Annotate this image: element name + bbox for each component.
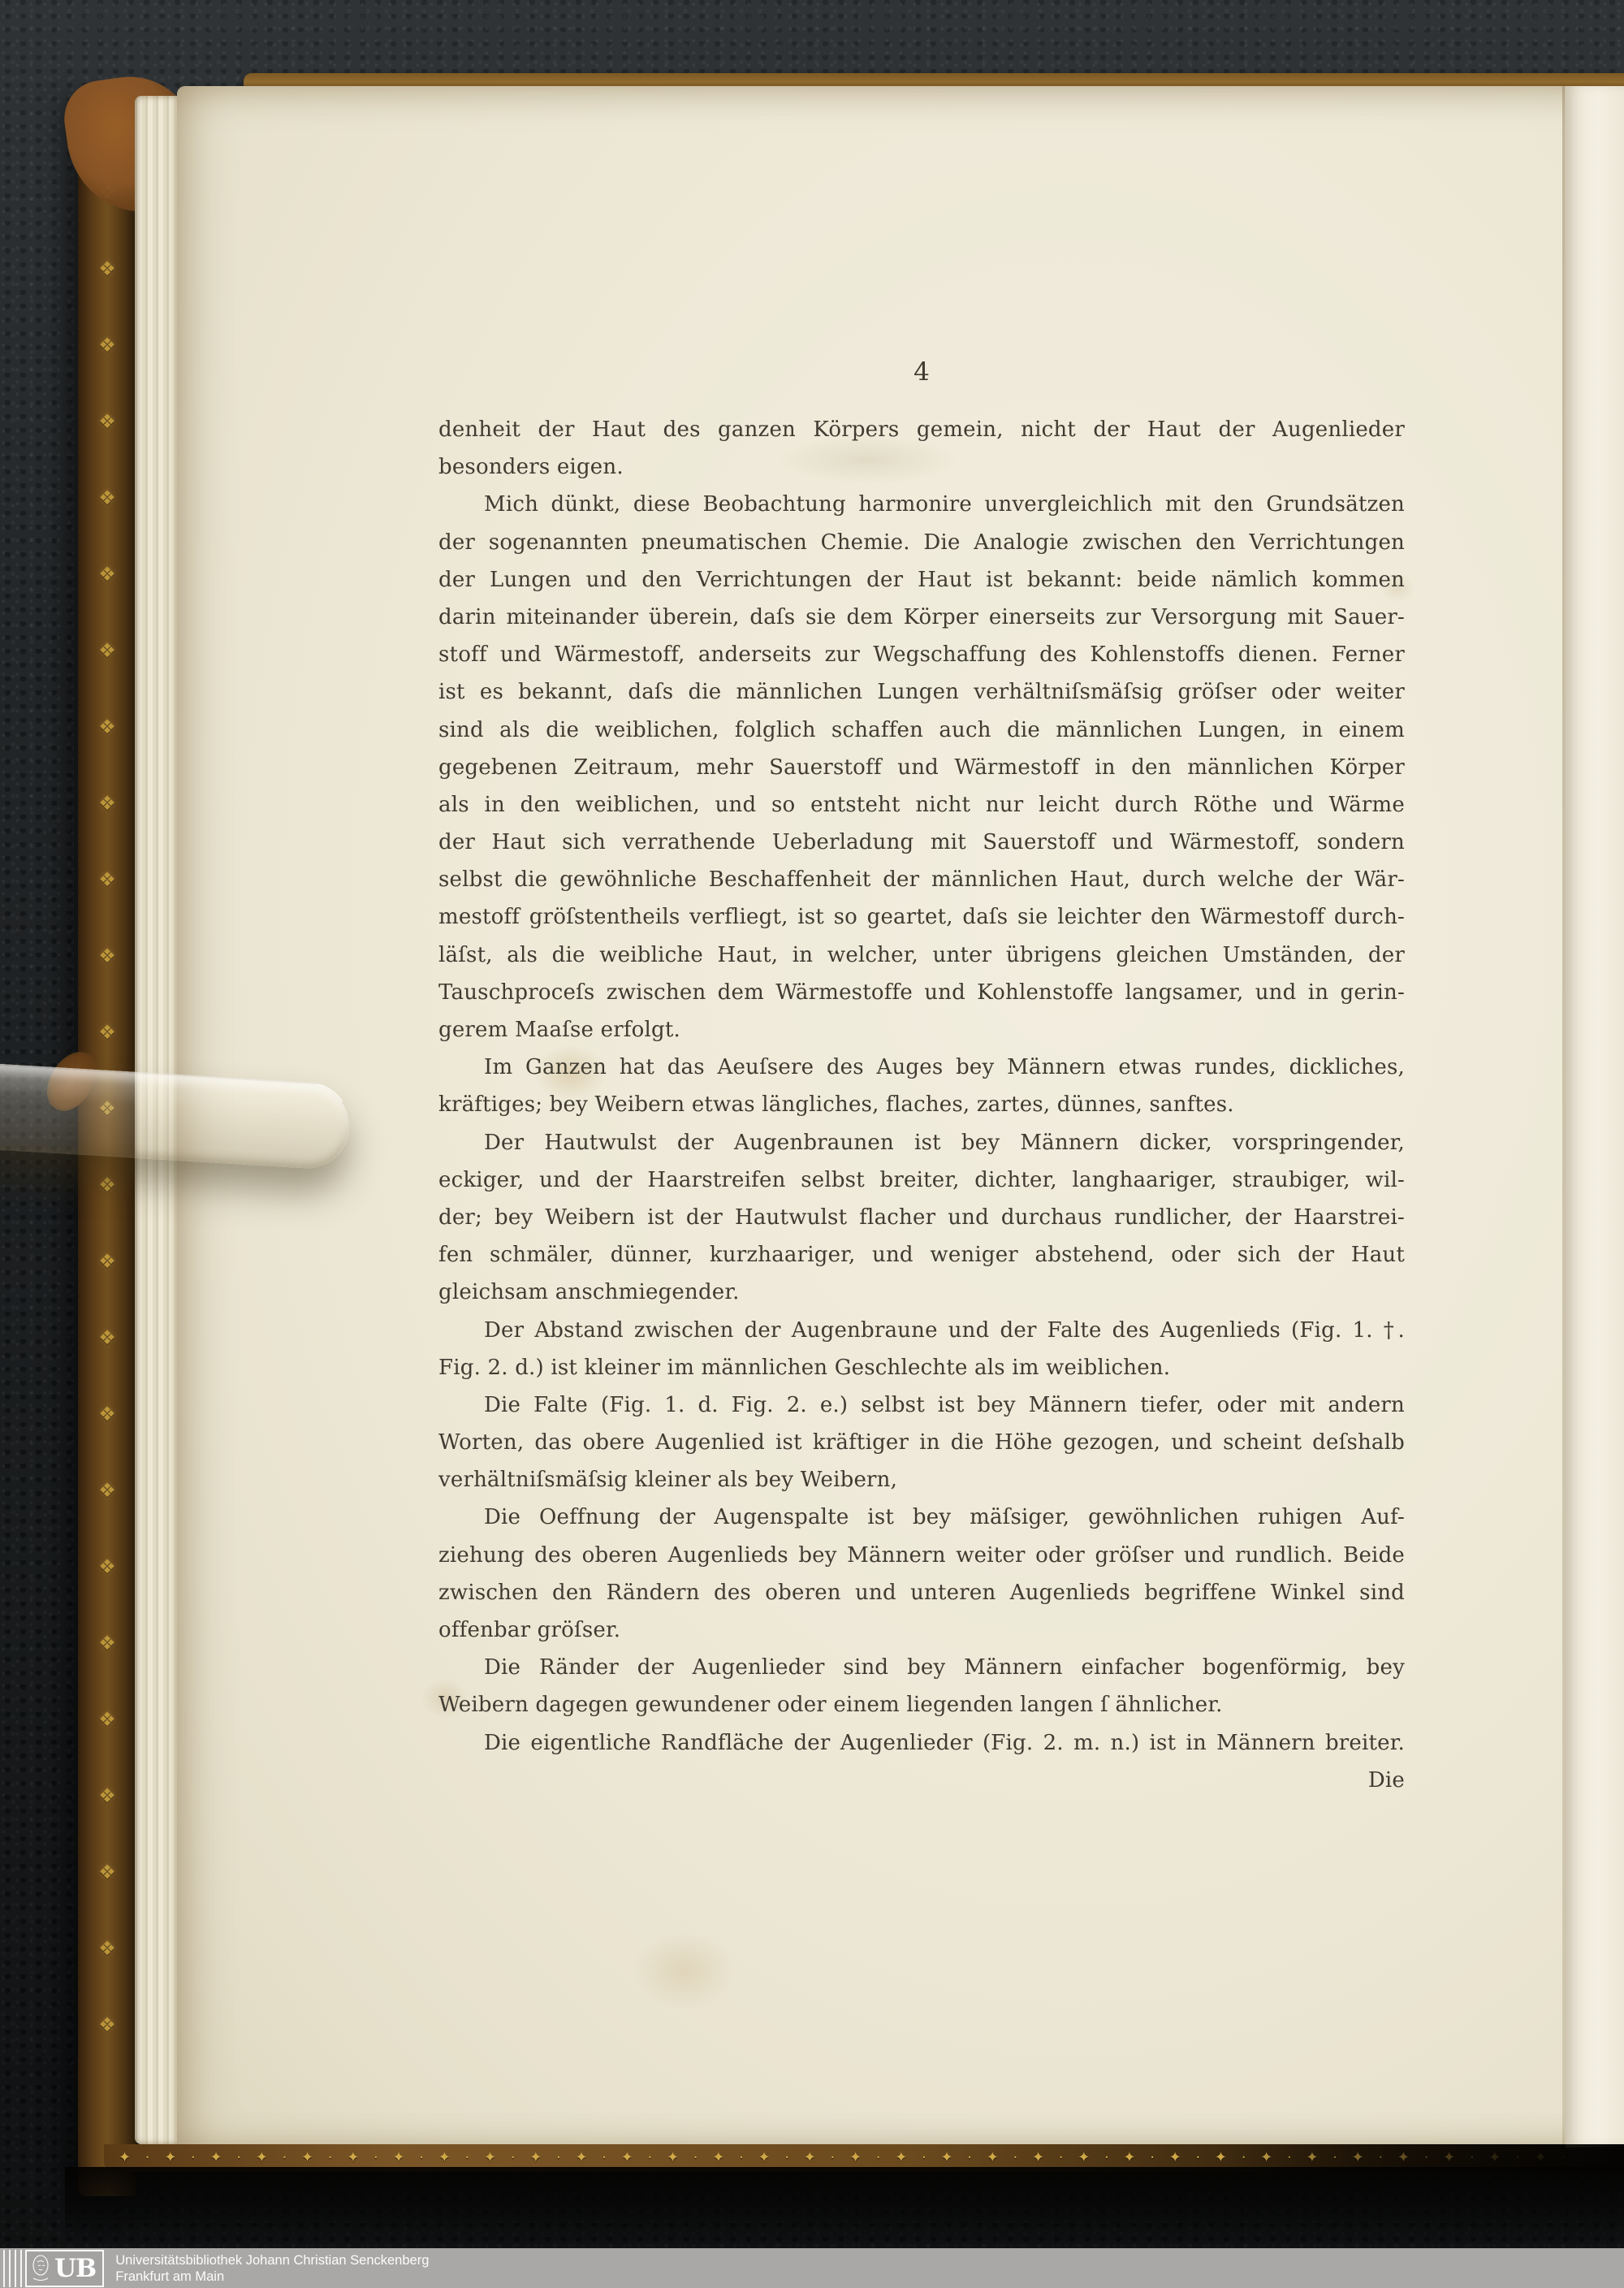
- library-city: Frankfurt am Main: [115, 2269, 429, 2285]
- text-line: Worten, das obere Augenlied ist kräftige…: [438, 1424, 1405, 1461]
- text-line: eckiger, und der Haarstreifen selbst bre…: [438, 1161, 1405, 1199]
- text-line: gegebenen Zeitraum, mehr Sauerstoff und …: [438, 749, 1405, 786]
- text-line: gerem Maaſse erfolgt.: [438, 1011, 1405, 1049]
- page-number: 4: [438, 357, 1405, 387]
- logo-book-lines-icon: [3, 2250, 23, 2287]
- text-line: Die Oeffnung der Augenspalte ist bey mäſ…: [438, 1499, 1405, 1536]
- text-line: als in den weiblichen, und so entsteht n…: [438, 786, 1405, 824]
- text-line: zwischen den Rändern des oberen und unte…: [438, 1574, 1405, 1611]
- book-bottom-shadow: [65, 2167, 1624, 2248]
- catchword: Die: [438, 1762, 1405, 1799]
- text-line: besonders eigen.: [438, 448, 1405, 486]
- text-line: ist es bekannt, daſs die männlichen Lung…: [438, 673, 1405, 711]
- text-line: Die Falte (Fig. 1. d. Fig. 2. e.) selbst…: [438, 1386, 1405, 1424]
- next-page-fore-edge: [1565, 86, 1624, 2147]
- page-text-block: denheit der Haut des ganzen Körpers geme…: [438, 411, 1405, 1799]
- text-line: Fig. 2. d.) ist kleiner im männlichen Ge…: [438, 1349, 1405, 1386]
- text-line: gleichsam anschmiegender.: [438, 1274, 1405, 1311]
- text-line: denheit der Haut des ganzen Körpers geme…: [438, 411, 1405, 448]
- text-line: Die eigentliche Randfläche der Augenlied…: [438, 1724, 1405, 1762]
- text-line: Weibern dagegen gewundener oder einem li…: [438, 1686, 1405, 1724]
- watermark-text: Universitätsbibliothek Johann Christian …: [115, 2252, 429, 2285]
- library-name: Universitätsbibliothek Johann Christian …: [115, 2252, 429, 2269]
- text-line: darin miteinander überein, daſs sie dem …: [438, 599, 1405, 636]
- text-line: verhältniſsmäſsig kleiner als bey Weiber…: [438, 1461, 1405, 1499]
- text-line: fen schmäler, dünner, kurzhaariger, und …: [438, 1236, 1405, 1274]
- text-line: der; bey Weibern ist der Hautwulst flach…: [438, 1199, 1405, 1236]
- text-line: sind als die weiblichen, folglich schaff…: [438, 711, 1405, 749]
- library-watermark-bar: UB Universitätsbibliothek Johann Christi…: [0, 2248, 1624, 2288]
- text-line: Der Abstand zwischen der Augenbraune und…: [438, 1312, 1405, 1349]
- text-line: Der Hautwulst der Augenbraunen ist bey M…: [438, 1124, 1405, 1161]
- page-fold-crease: [1562, 86, 1565, 2147]
- goethe-head-icon: [30, 2254, 51, 2283]
- text-line: ziehung des oberen Augenlieds bey Männer…: [438, 1537, 1405, 1574]
- text-line: der Lungen und den Verrichtungen der Hau…: [438, 561, 1405, 599]
- text-line: offenbar gröſser.: [438, 1611, 1405, 1649]
- text-line: Tauschproceſs zwischen dem Wärmestoffe u…: [438, 974, 1405, 1011]
- text-line: der Haut sich verrathende Ueberladung mi…: [438, 824, 1405, 861]
- text-line: Im Ganzen hat das Aeuſsere des Auges bey…: [438, 1049, 1405, 1086]
- text-line: der sogenannten pneumatischen Chemie. Di…: [438, 524, 1405, 561]
- text-line: selbst die gewöhnliche Beschaffenheit de…: [438, 861, 1405, 898]
- text-line: kräftiges; bey Weibern etwas längliches,…: [438, 1086, 1405, 1123]
- text-line: läſst, als die weibliche Haut, in welche…: [438, 936, 1405, 974]
- text-line: Mich dünkt, diese Beobachtung harmonire …: [438, 486, 1405, 523]
- logo-box: UB: [25, 2250, 104, 2287]
- ub-logo: UB: [3, 2248, 104, 2288]
- text-line: stoff und Wärmestoff, anderseits zur Weg…: [438, 636, 1405, 673]
- text-line: Die Ränder der Augenlieder sind bey Männ…: [438, 1649, 1405, 1686]
- logo-ub-text: UB: [54, 2251, 96, 2286]
- stain: [632, 1930, 737, 2011]
- text-line: mestoff gröſstentheils verfliegt, ist so…: [438, 898, 1405, 936]
- book-scan-stage: ❖ ❖ ❖ ❖ ❖ ❖ ❖ ❖ ❖ ❖ ❖ ❖ ❖ ❖ ❖ ❖ ❖ ❖ ❖ ❖ …: [0, 0, 1624, 2288]
